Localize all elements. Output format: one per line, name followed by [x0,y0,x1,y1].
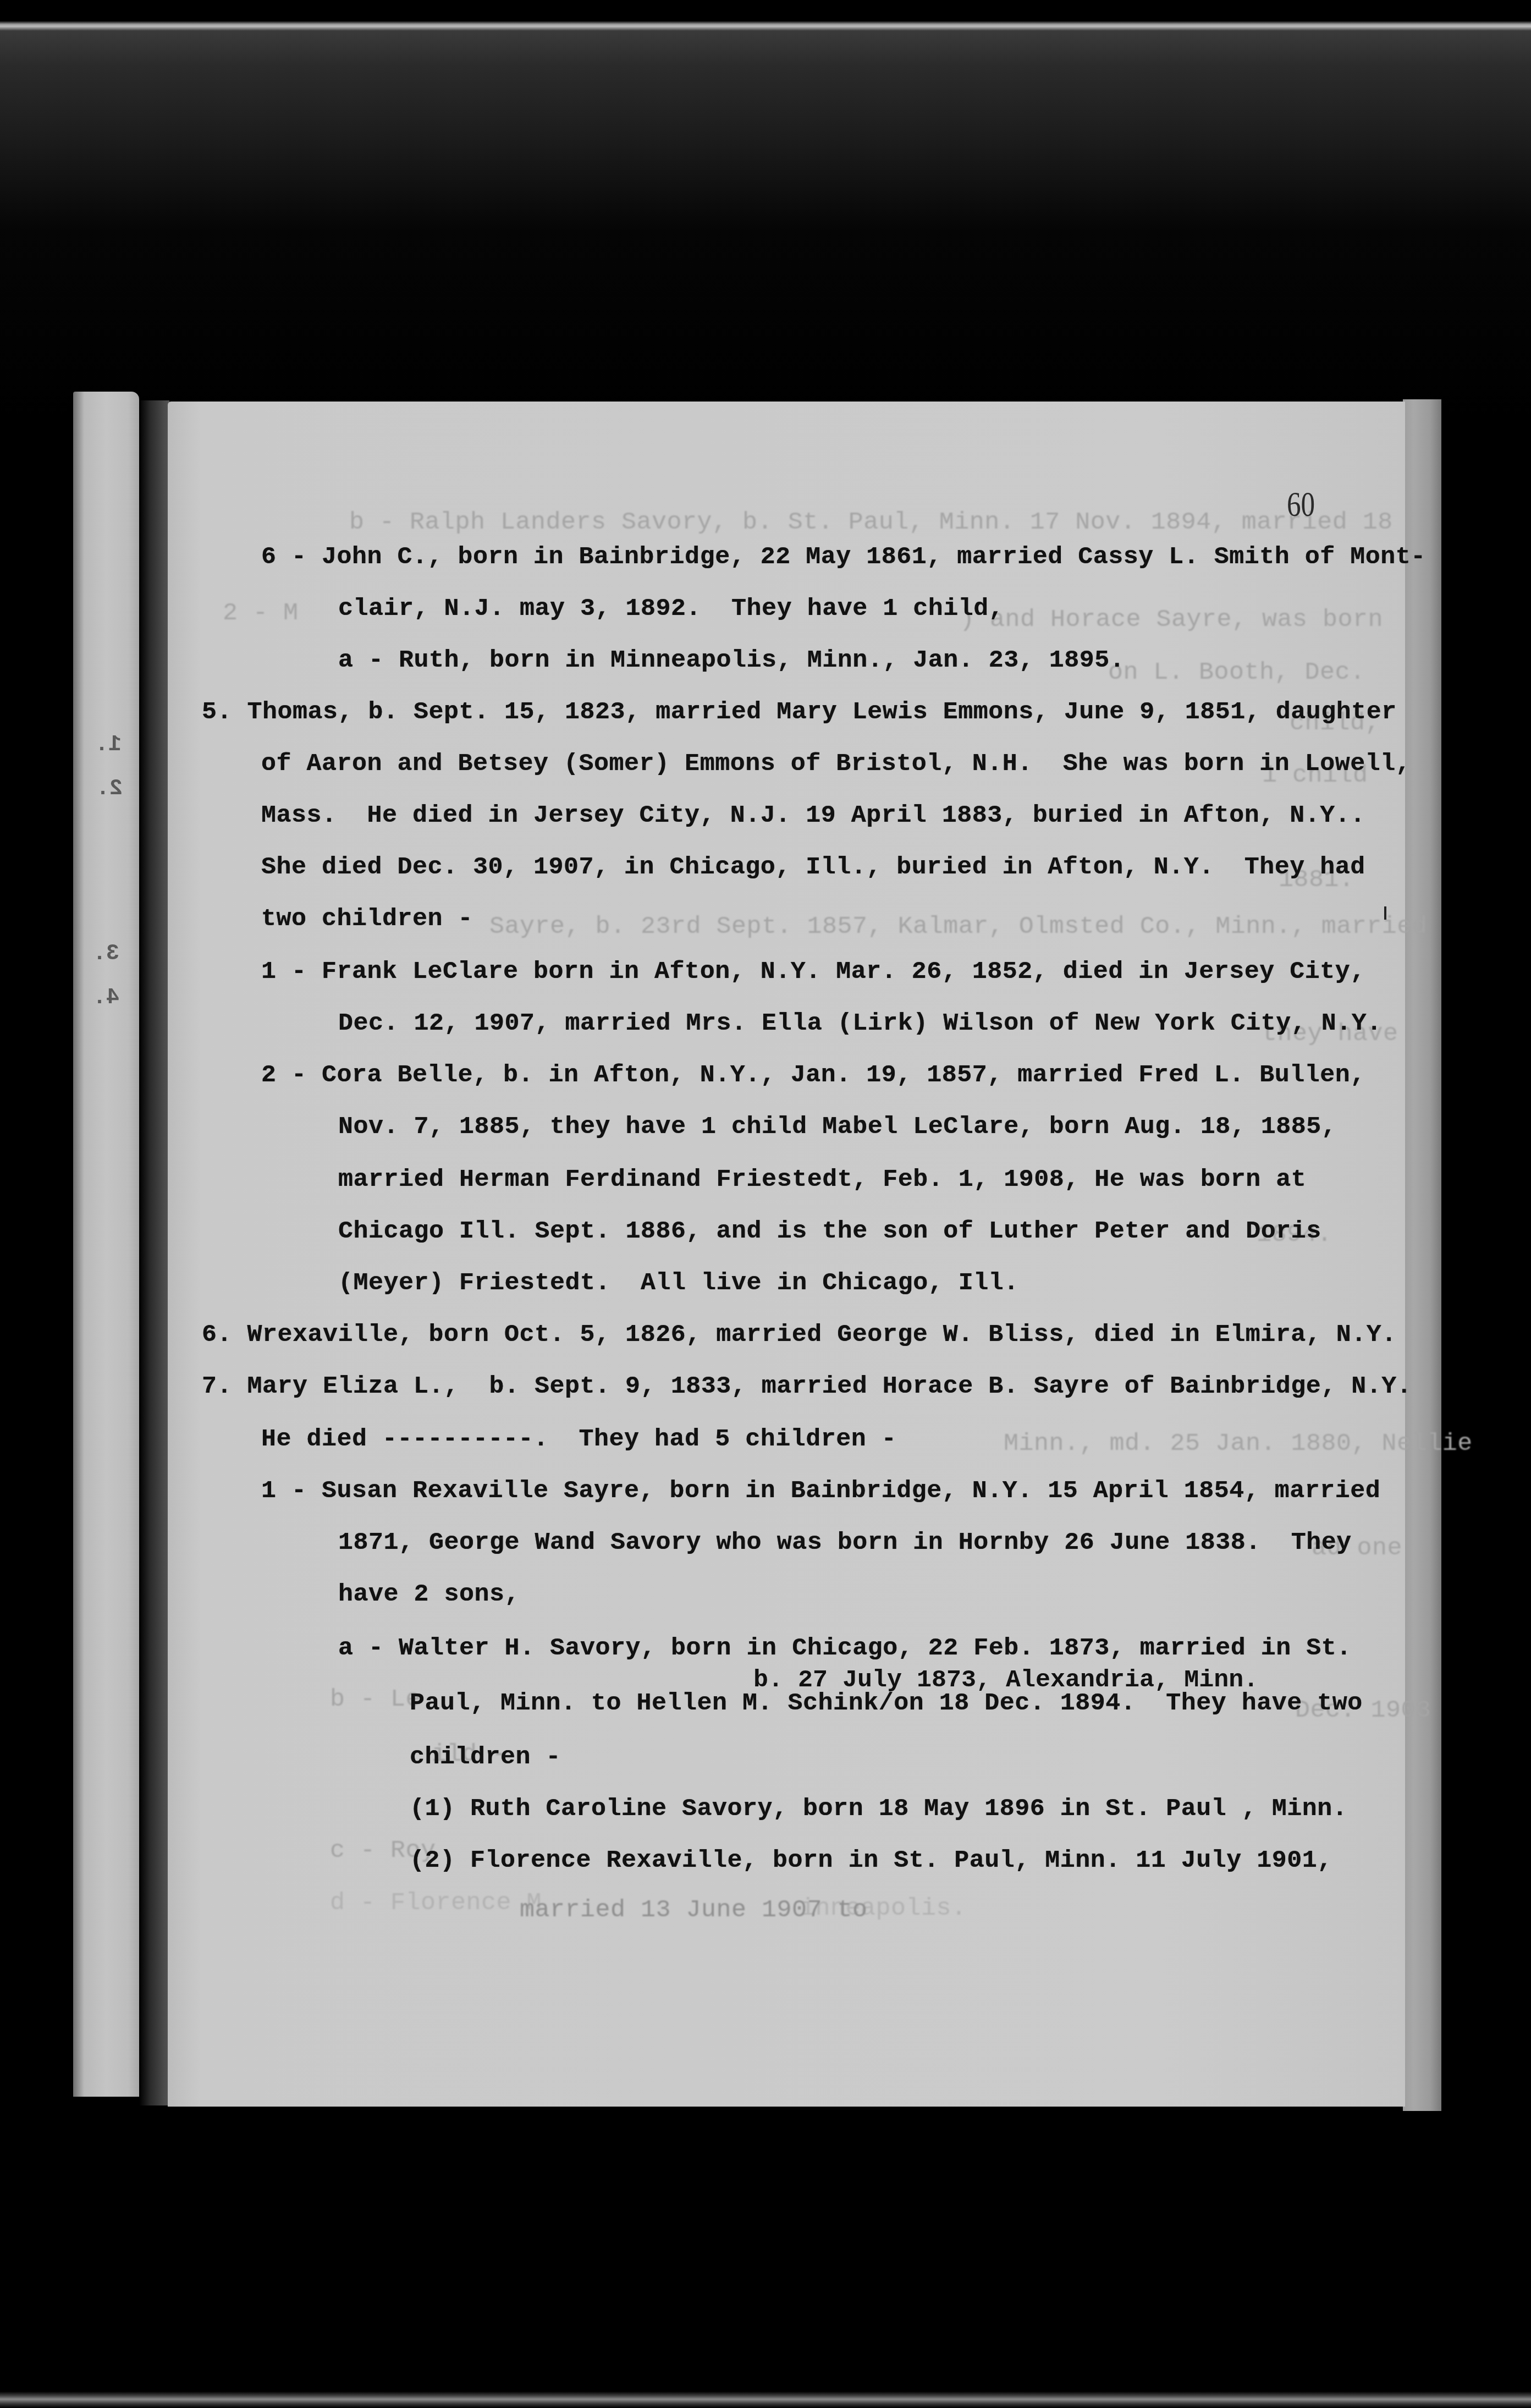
text-line: She died Dec. 30, 1907, in Chicago, Ill.… [261,854,1365,881]
text-line: children - [410,1744,561,1771]
text-line: (1) Ruth Caroline Savory, born 18 May 18… [410,1795,1347,1823]
film-border-top [0,0,1531,418]
book-gutter [139,400,169,2105]
text-line: two children - [261,905,473,933]
document-page: b - Ralph Landers Savory, b. St. Paul, M… [168,402,1405,2107]
text-line: 1871, George Wand Savory who was born in… [338,1529,1352,1557]
faint-typed-line: married 13 June 1907 to [520,1896,868,1924]
text-line: clair, N.J. may 3, 1892. They have 1 chi… [338,595,1004,623]
bleed-through-text: d - Florence M [330,1889,542,1917]
text-line: a - Walter H. Savory, born in Chicago, 2… [338,1635,1352,1662]
bleed-through-text: 2 - M [223,600,299,627]
bleed-through-text: Minn., md. 25 Jan. 1880, Nellie [1004,1430,1473,1458]
bleed-through-text: b - Ralph Landers Savory, b. St. Paul, M… [349,509,1393,536]
text-line: Nov. 7, 1885, they have 1 child Mabel Le… [338,1113,1336,1141]
text-line: 1 - Frank LeClare born in Afton, N.Y. Ma… [261,958,1365,986]
text-line: Mass. He died in Jersey City, N.J. 19 Ap… [261,802,1365,829]
text-line: Dec. 12, 1907, married Mrs. Ella (Lirk) … [338,1010,1382,1037]
text-line: 6 - John C., born in Bainbridge, 22 May … [261,543,1426,571]
prev-page-mark: 4. [93,986,119,1010]
tick-mark [1384,906,1386,920]
bleed-through-text: on L. Booth, Dec. [1108,659,1365,686]
film-border-bottom [0,2391,1531,2408]
text-line: have 2 sons, [338,1581,520,1608]
text-line: (2) Florence Rexaville, born in St. Paul… [410,1847,1332,1874]
text-line: Paul, Minn. to Hellen M. Schink/on 18 De… [410,1690,1363,1717]
text-line: (Meyer) Friestedt. All live in Chicago, … [338,1269,1019,1297]
text-line: 5. Thomas, b. Sept. 15, 1823, married Ma… [202,699,1397,726]
prev-page-mark: 1. [95,733,122,757]
page-number: 60 [1287,484,1315,525]
bleed-through-text: Sayre, b. 23rd Sept. 1857, Kalmar, Olmst… [489,913,1427,941]
bleed-through-text: b - Le [330,1686,421,1713]
text-line: married Herman Ferdinand Friestedt, Feb.… [338,1166,1306,1194]
bleed-through-text: ) and Horace Sayre, was born [960,606,1383,634]
page-stack-edge [1403,399,1441,2111]
prev-page-mark: 2. [96,777,123,801]
text-line: 1 - Susan Rexaville Sayre, born in Bainb… [261,1477,1380,1505]
text-line: 6. Wrexaville, born Oct. 5, 1826, marrie… [202,1321,1397,1349]
text-line: a - Ruth, born in Minneapolis, Minn., Ja… [338,647,1125,674]
text-line: He died ----------. They had 5 children … [261,1426,896,1453]
text-line: Chicago Ill. Sept. 1886, and is the son … [338,1218,1321,1245]
prev-page-mark: 3. [93,942,119,966]
text-line: of Aaron and Betsey (Somer) Emmons of Br… [261,750,1411,778]
previous-page-edge: 1. 2. 3. 4. [73,392,139,2097]
text-line: 7. Mary Eliza L., b. Sept. 9, 1833, marr… [202,1373,1412,1400]
text-line: 2 - Cora Belle, b. in Afton, N.Y., Jan. … [261,1062,1365,1089]
